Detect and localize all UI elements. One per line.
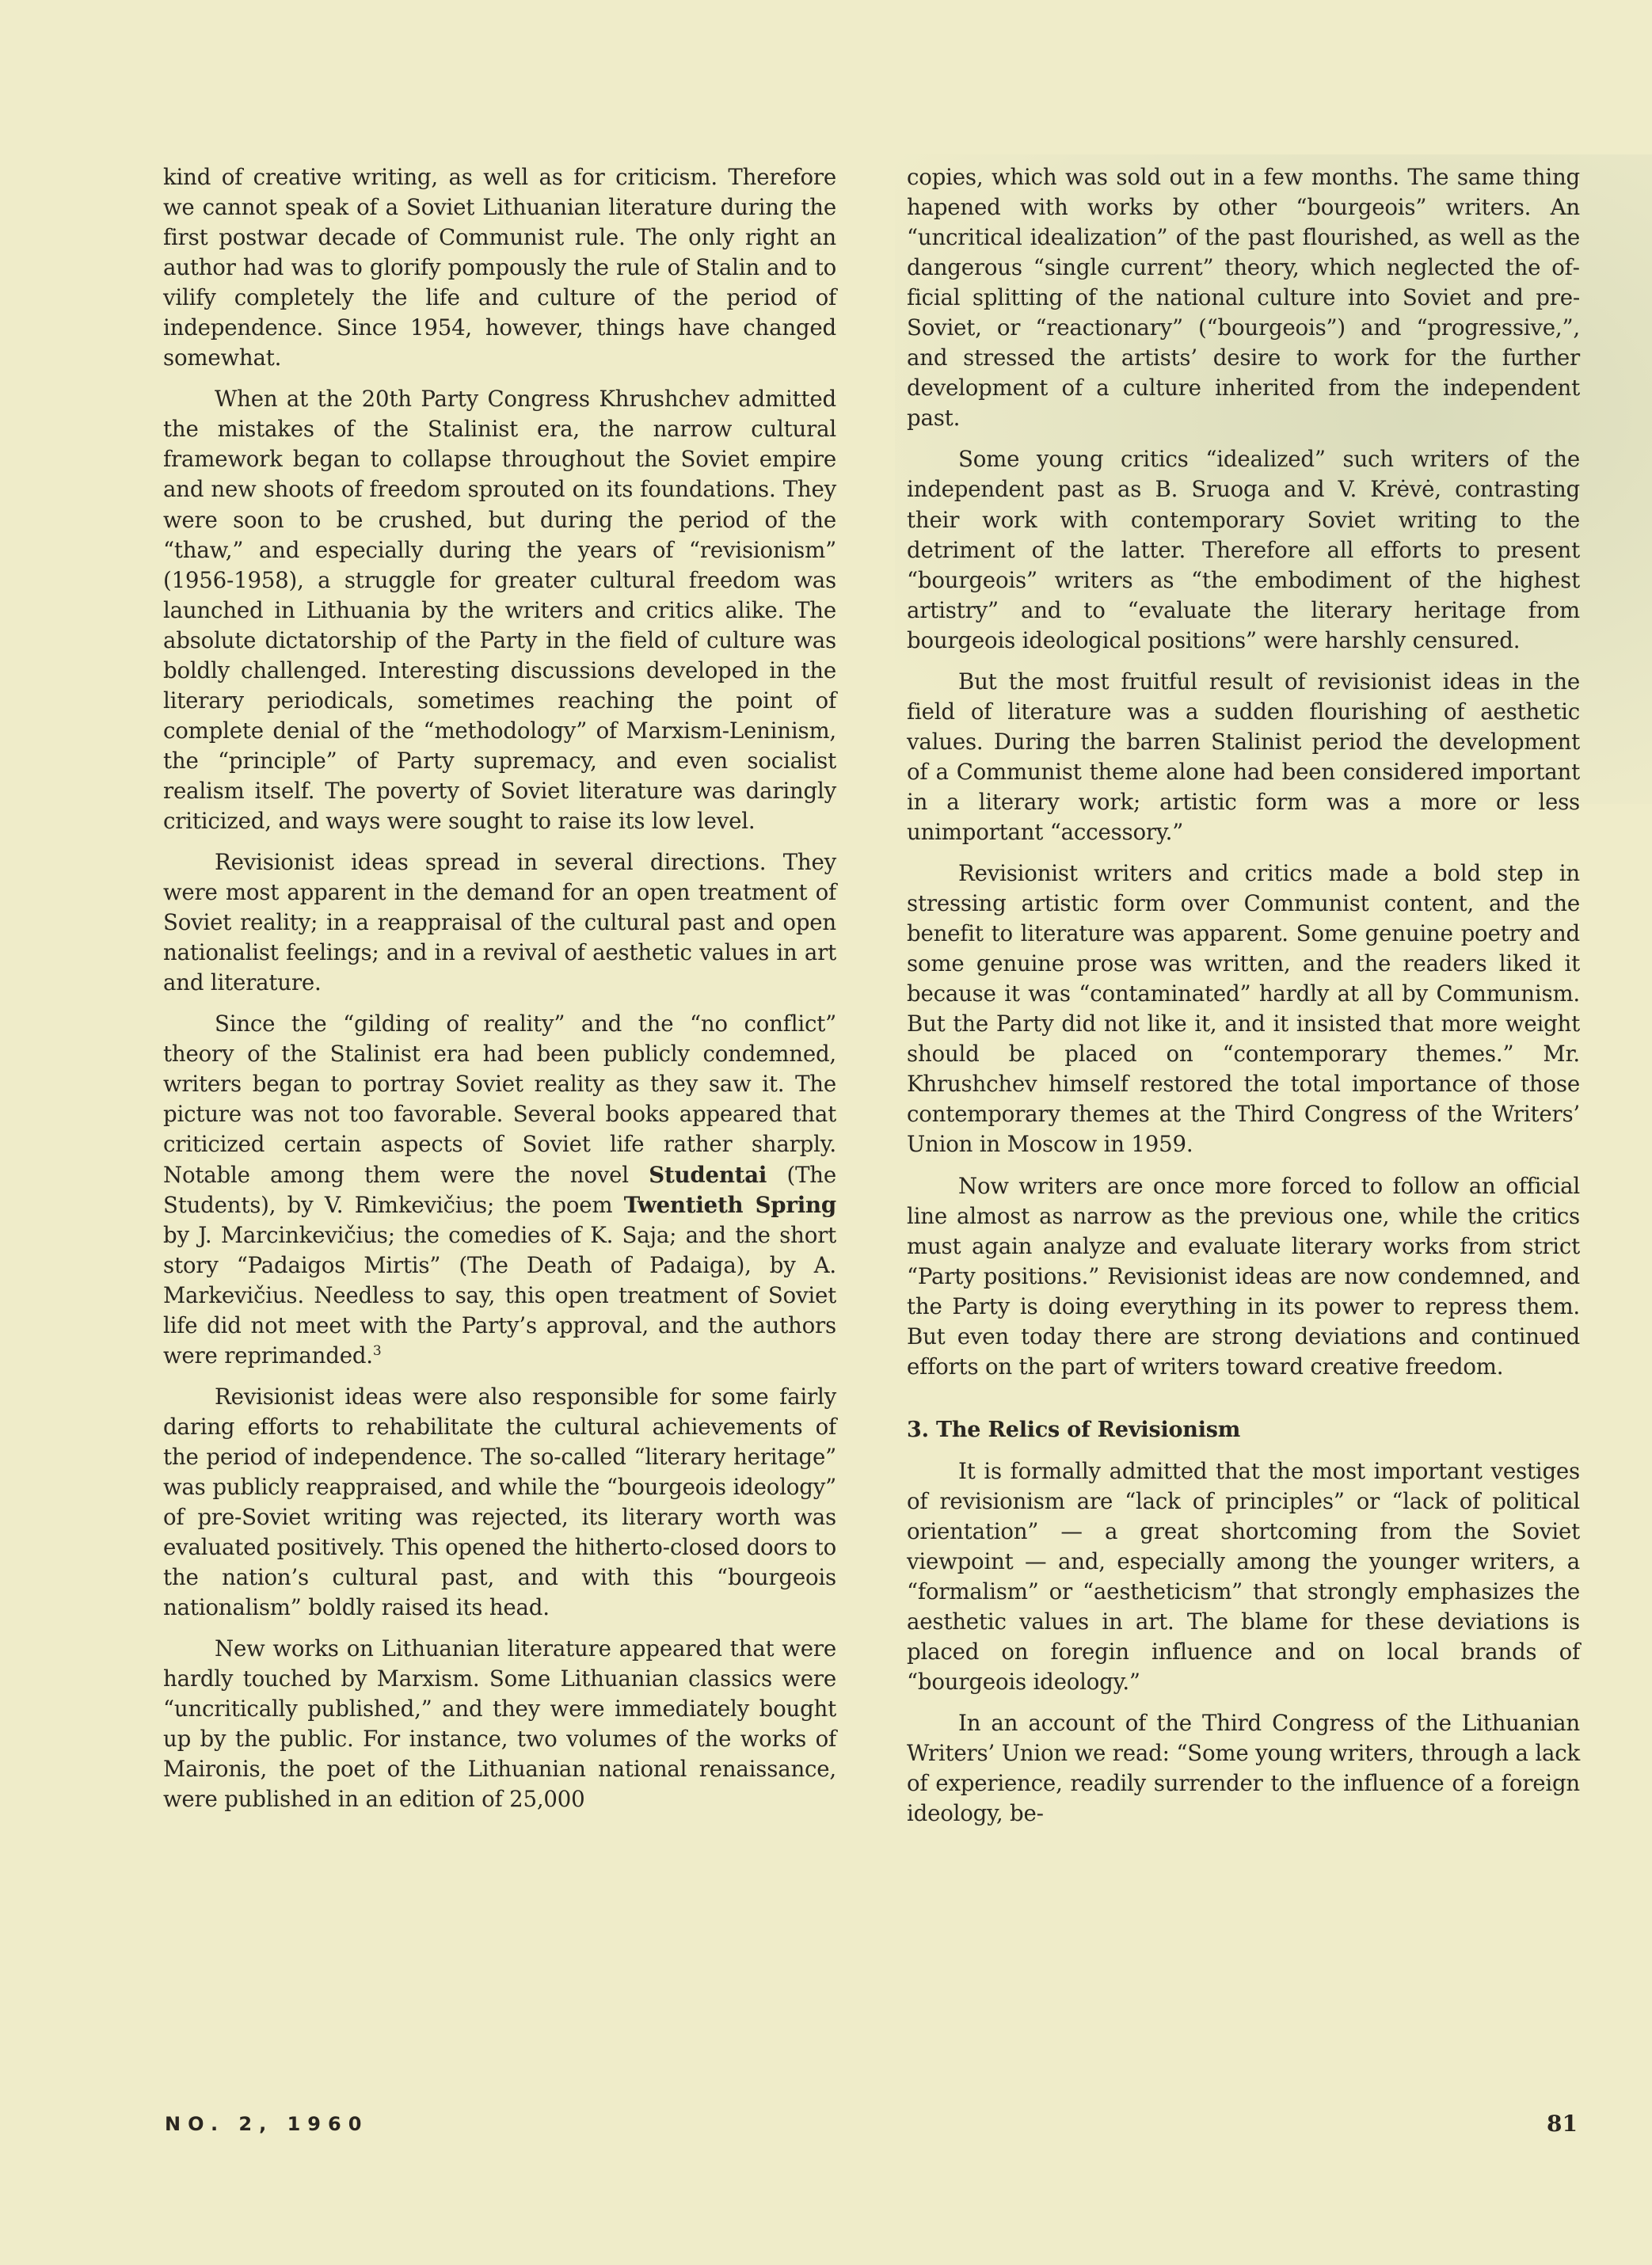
text-run: Now writers are once more forced to fol­… <box>907 1173 1580 1380</box>
text-run: In an account of the Third Congress of t… <box>907 1710 1580 1826</box>
text-run: But the most fruitful result of revision… <box>907 668 1580 845</box>
page-number: 81 <box>1547 2111 1578 2137</box>
paragraph: When at the 20th Party Congress Khrushch… <box>163 384 836 836</box>
text-run: New works on Lithuanian literature appea… <box>163 1635 836 1812</box>
paragraph: But the most fruitful result of revision… <box>907 667 1580 847</box>
paragraph: In an account of the Third Congress of t… <box>907 1708 1580 1829</box>
text-run: Revisionist ideas were also responsible … <box>163 1384 836 1620</box>
text-run: Some young critics “idealized” such writ… <box>907 446 1580 653</box>
paragraph: kind of creative writing, as well as for… <box>163 162 836 373</box>
text-run: Revisionist ideas spread in several dire… <box>163 849 836 995</box>
section-heading: 3. The Relics of Revisionism <box>907 1415 1580 1445</box>
right-column: copies, which was sold out in a few mont… <box>907 162 1580 1840</box>
issue-label: NO. 2, 1960 <box>165 2113 368 2135</box>
paragraph: Now writers are once more forced to fol­… <box>907 1171 1580 1382</box>
work-title: Studentai <box>649 1162 767 1188</box>
text-run: kind of creative writing, as well as for… <box>163 164 836 371</box>
paragraph: Revisionist ideas were also responsible … <box>163 1382 836 1623</box>
text-run: It is formally admitted that the most im… <box>907 1458 1580 1695</box>
text-run: by J. Marcinkevičius; the co­medies of K… <box>163 1222 836 1369</box>
paragraph: It is formally admitted that the most im… <box>907 1456 1580 1697</box>
paragraph: Since the “gilding of reality” and the “… <box>163 1009 836 1371</box>
paragraph: Some young critics “idealized” such writ… <box>907 444 1580 655</box>
paragraph: copies, which was sold out in a few mont… <box>907 162 1580 433</box>
paragraph: Revisionist writers and critics made a b… <box>907 858 1580 1159</box>
text-run: When at the 20th Party Congress Khrushch… <box>163 386 836 834</box>
paragraph: Revisionist ideas spread in several dire… <box>163 847 836 998</box>
text-run: Revisionist writers and critics made a b… <box>907 860 1580 1157</box>
work-title: Twentieth Spring <box>624 1192 836 1218</box>
paragraph: New works on Lithuanian literature appea… <box>163 1634 836 1814</box>
text-run: copies, which was sold out in a few mont… <box>907 164 1580 431</box>
left-column: kind of creative writing, as well as for… <box>163 162 836 1825</box>
footnote-ref: 3 <box>373 1343 382 1359</box>
